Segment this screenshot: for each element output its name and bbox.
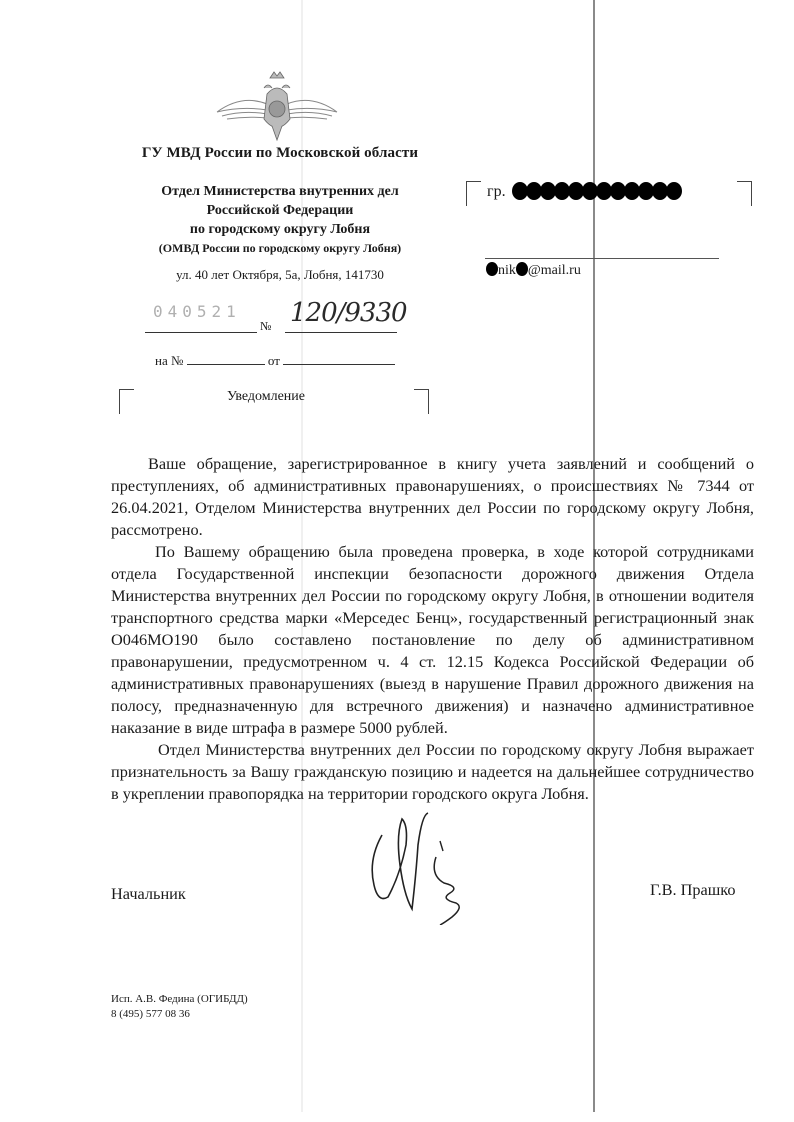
- subject-bracket-right: [414, 389, 429, 414]
- executor-info: Исп. А.В. Федина (ОГИБДД) 8 (495) 577 08…: [111, 992, 248, 1022]
- addressee-underline: [485, 258, 719, 259]
- reply-from-blank: [283, 353, 395, 365]
- department-address: ул. 40 лет Октября, 5а, Лобня, 141730: [110, 267, 450, 283]
- addressee-bracket-right: [737, 181, 752, 206]
- redaction-dot: [516, 262, 528, 276]
- registration-number: 120/9330: [290, 298, 407, 328]
- date-underline: [145, 332, 257, 333]
- department-heading: Отдел Министерства внутренних дел Россий…: [110, 182, 450, 258]
- reply-reference-row: на № от: [155, 353, 395, 369]
- signatory-position: Начальник: [111, 884, 186, 904]
- reply-to-label: на №: [155, 353, 183, 368]
- addressee-bracket-left: [466, 181, 481, 206]
- executor-phone: 8 (495) 577 08 36: [111, 1007, 248, 1022]
- body-paragraph: По Вашему обращению была проведена прове…: [111, 541, 754, 739]
- department-line: по городскому округу Лобня: [110, 220, 450, 239]
- body-paragraph: Ваше обращение, зарегистрированное в кни…: [111, 453, 754, 541]
- body-paragraph: Отдел Министерства внутренних дел России…: [111, 739, 754, 805]
- number-underline: [285, 332, 397, 333]
- number-label: №: [260, 319, 271, 334]
- addressee-prefix: гр.: [487, 183, 506, 201]
- executor-name: Исп. А.В. Федина (ОГИБДД): [111, 992, 248, 1007]
- date-stamp: 040521: [153, 302, 241, 321]
- mvd-emblem-icon: [212, 64, 342, 144]
- reply-to-blank: [187, 353, 265, 365]
- department-line: Отдел Министерства внутренних дел: [110, 182, 450, 201]
- document-subject: Уведомление: [227, 389, 305, 405]
- handwritten-signature-icon: [360, 805, 480, 925]
- department-short-name: (ОМВД России по городскому округу Лобня): [110, 239, 450, 258]
- letter-body: Ваше обращение, зарегистрированное в кни…: [111, 453, 754, 805]
- redacted-name: [512, 182, 680, 200]
- redaction-dot: [486, 262, 498, 276]
- signatory-name: Г.В. Прашко: [650, 880, 736, 900]
- department-line: Российской Федерации: [110, 201, 450, 220]
- registration-row: 040521 № 120/9330: [145, 300, 405, 340]
- ministry-heading: ГУ МВД России по Московской области: [110, 145, 450, 162]
- addressee-email: nik@mail.ru: [486, 262, 581, 279]
- subject-bracket-left: [119, 389, 134, 414]
- reply-from-label: от: [268, 353, 280, 368]
